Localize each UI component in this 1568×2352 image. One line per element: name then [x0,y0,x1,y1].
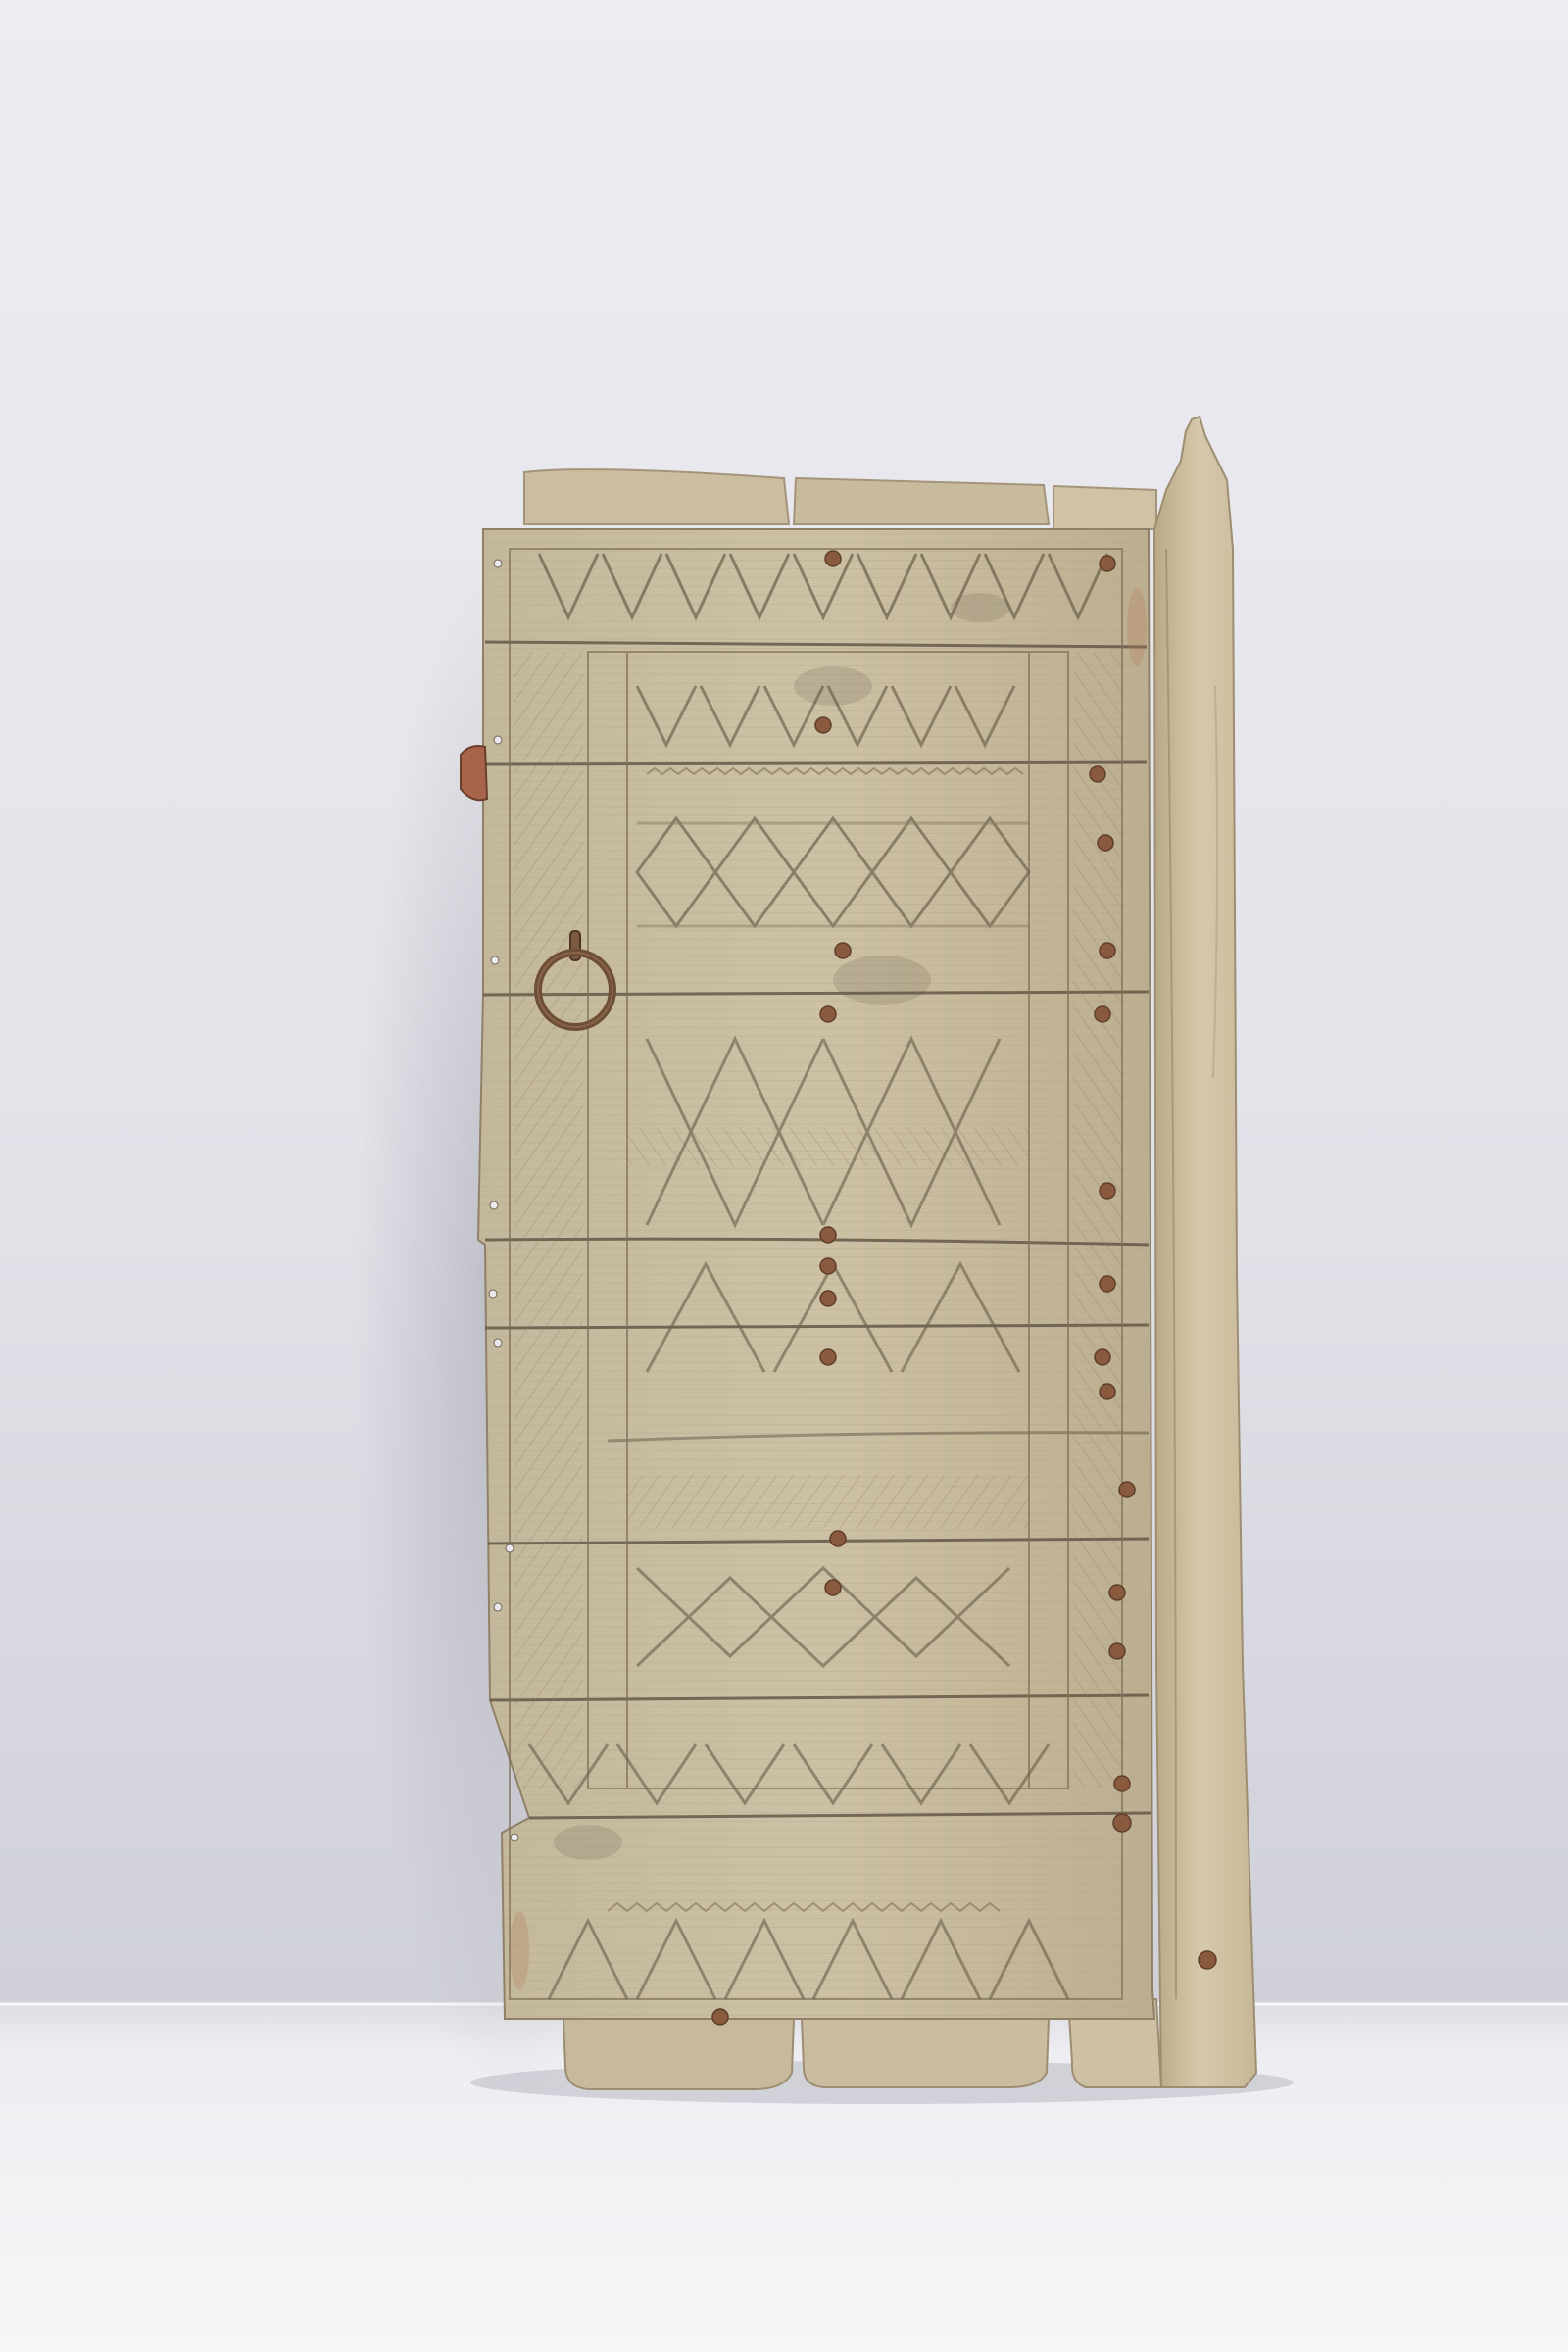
photo-scene [0,0,1568,2352]
hinge-tab [461,746,487,800]
door-panel [478,529,1154,2019]
